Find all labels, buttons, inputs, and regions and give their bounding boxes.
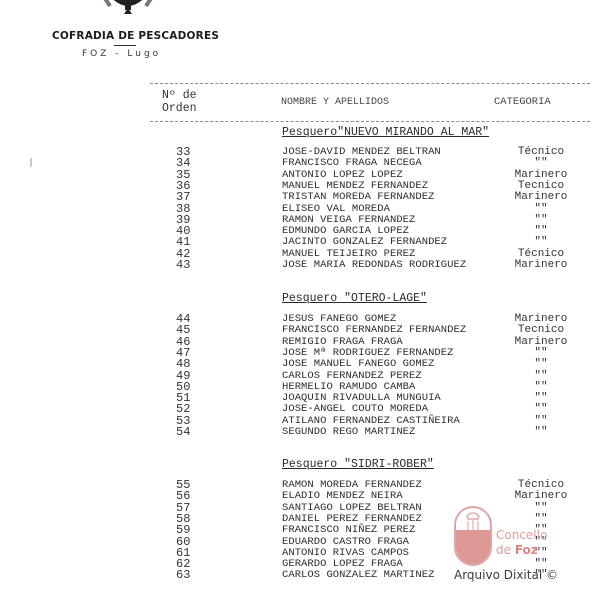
table-row: 34FRANCISCO FRAGA NECEGA"" (0, 158, 600, 169)
crew-name: FRANCISCO FERNANDEZ FERNANDEZ (282, 325, 466, 336)
watermark-arquivo-dixital: Arquivo Dixital © (454, 568, 558, 582)
column-header-orden-line1: Nº de (162, 89, 197, 102)
crew-category: "" (496, 359, 586, 370)
header-top-rule (150, 83, 590, 84)
crew-category: "" (496, 404, 586, 415)
table-row: 37TRISTAN MOREDA FERNANDEZMarinero (0, 192, 600, 203)
watermark-concello: Concello (496, 528, 547, 542)
header-bottom-rule (150, 121, 590, 122)
table-row: 52JOSE-ANGEL COUTO MOREDA"" (0, 404, 600, 415)
crew-name: TRISTAN MOREDA FERNANDEZ (282, 192, 434, 203)
crew-name: ELADIO MENDEZ NEIRA (282, 491, 403, 502)
crew-category: Marinero (496, 491, 586, 502)
section-title: Pesquero "OTERO-LAGE" (282, 292, 427, 305)
column-header-orden: Nº de Orden (162, 89, 197, 115)
organization-place: FOZ - Lugo (82, 49, 161, 59)
anchor-emblem-icon (88, 0, 168, 16)
crew-category: Tecnico (496, 325, 586, 336)
crew-name: SEGUNDO REGO MARTINEZ (282, 427, 415, 438)
crew-name: FRANCISCO NIÑEZ PEREZ (282, 525, 415, 536)
concello-de-foz-crest-icon (454, 506, 492, 566)
organization-name: COFRADIA DE PESCADORES (52, 30, 219, 42)
row-number: 43 (176, 260, 190, 271)
crew-name: JACINTO GONZALEZ FERNANDEZ (282, 237, 447, 248)
section-title: Pesquero "SIDRI-ROBER" (282, 458, 434, 471)
watermark-foz: Foz (515, 543, 538, 557)
column-header-categoria: CATEGORIA (494, 96, 551, 108)
section-title: Pesquero"NUEVO MIRANDO AL MAR" (282, 126, 489, 139)
crew-name: FRANCISCO FRAGA NECEGA (282, 158, 422, 169)
crew-category: "" (496, 427, 586, 438)
table-row: 43JOSE MARIA REDONDAS RODRIGUEZMarinero (0, 260, 600, 271)
crew-name: JOSE-ANGEL COUTO MOREDA (282, 404, 428, 415)
row-number: 54 (176, 427, 190, 438)
table-row: 48JOSE MANUEL FANEGO GOMEZ"" (0, 359, 600, 370)
table-row: 56ELADIO MENDEZ NEIRAMarinero (0, 491, 600, 502)
column-header-orden-line2: Orden (162, 102, 197, 115)
crew-name: JOSE MARIA REDONDAS RODRIGUEZ (282, 260, 466, 271)
watermark-de-foz: de Foz (496, 543, 538, 557)
row-number: 63 (176, 570, 190, 581)
crew-category: Marinero (496, 192, 586, 203)
crew-category: "" (496, 158, 586, 169)
crew-name: JOSE MANUEL FANEGO GOMEZ (282, 359, 434, 370)
crew-name: CARLOS GONZALEZ MARTINEZ (282, 570, 434, 581)
watermark-de: de (496, 543, 515, 557)
column-header-nombre: NOMBRE Y APELLIDOS (281, 97, 389, 108)
crew-category: Marinero (496, 260, 586, 271)
table-row: 54SEGUNDO REGO MARTINEZ"" (0, 427, 600, 438)
table-row: 41JACINTO GONZALEZ FERNANDEZ"" (0, 237, 600, 248)
letterhead-divider (114, 45, 136, 46)
table-row: 45FRANCISCO FERNANDEZ FERNANDEZTecnico (0, 325, 600, 336)
crew-category: "" (496, 237, 586, 248)
